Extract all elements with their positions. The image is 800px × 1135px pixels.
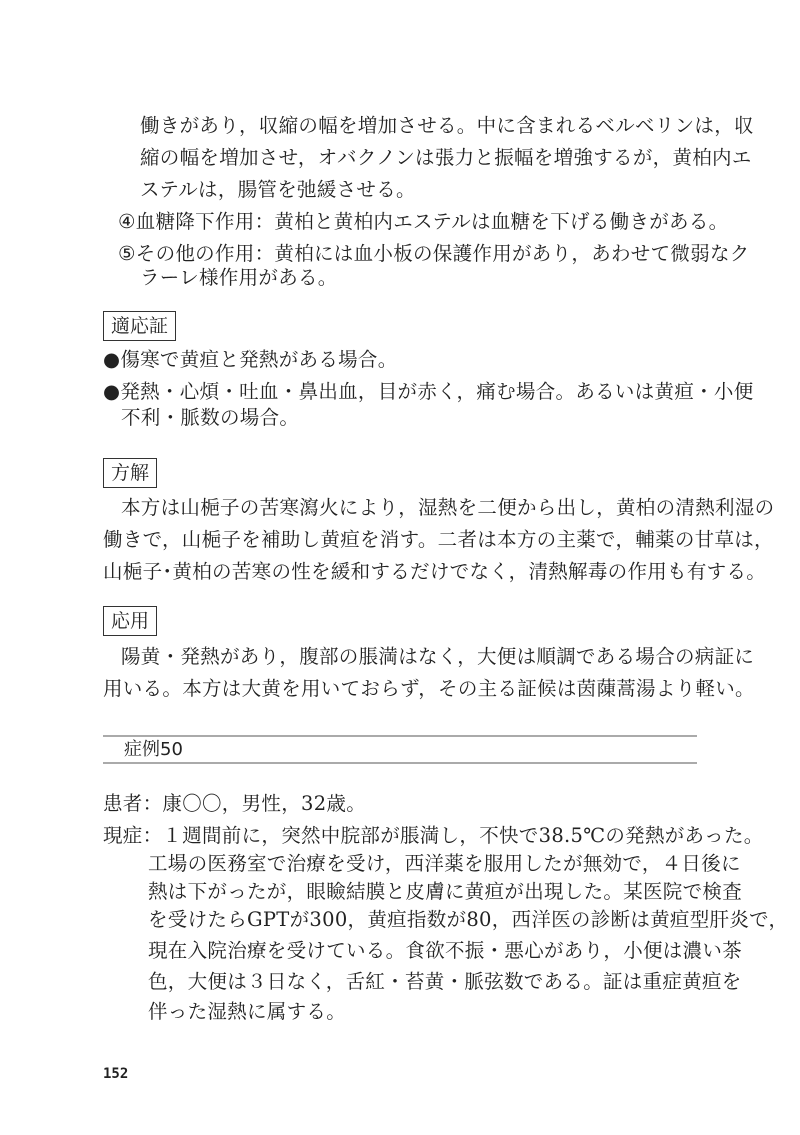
section-heading-application: 応用 [103, 606, 157, 636]
section-heading-indications: 適応証 [103, 311, 176, 341]
section-heading-formula: 方解 [103, 458, 157, 488]
formula-line: 働きで，山梔子を補助し黄疸を消す。二者は本方の主薬で，輔薬の甘草は， [103, 528, 774, 552]
page-number: 152 [103, 1066, 128, 1082]
effects-line: 働きがあり，収縮の幅を増加させる。中に含まれるベルベリンは，収 [140, 114, 754, 138]
formula-line: 山梔子･黄柏の苦寒の性を緩和するだけでなく，清熱解毒の作用も有する。 [103, 560, 766, 584]
symptoms-line: 現在入院治療を受けている。食欲不振・悪心があり，小便は濃い茶 [148, 939, 742, 963]
effect-item-text: 黄柏には血小板の保護作用があり，あわせて微弱なク [274, 242, 749, 265]
indication-bullet: ●発熱・心煩・吐血・鼻出血，目が赤く，痛む場合。あるいは黄疸・小便 [103, 380, 754, 404]
case-bottom-rule [103, 762, 697, 764]
symptoms-text: １週間前に，突然中脘部が脹満し，不快で38.5℃の発熱があった。 [162, 824, 763, 847]
indication-bullet: ●傷寒で黄疸と発熱がある場合。 [103, 348, 398, 372]
effect-item-label: ⑤その他の作用： [118, 242, 274, 265]
patient-label: 患者： [103, 792, 162, 815]
indication-bullet-cont: 不利・脈数の場合。 [121, 406, 299, 430]
application-line: 用いる。本方は大黄を用いておらず，その主る証候は茵蔯蒿湯より軽い。 [103, 677, 755, 701]
symptoms-line: 熱は下がったが，眼瞼結膜と皮膚に黄疸が出現した。某医院で検査 [148, 880, 742, 904]
effects-line: ステルは，腸管を弛緩させる。 [140, 178, 416, 202]
symptoms-line: を受けたらGPTが300，黄疸指数が80，西洋医の診断は黄疸型肝炎で， [148, 908, 788, 932]
case-top-rule [103, 735, 697, 737]
patient-text: 康〇〇，男性，32歳。 [162, 792, 366, 815]
effects-line: 縮の幅を増加させ，オバクノンは張力と振幅を増強するが，黄柏内エ [140, 146, 752, 170]
effect-item-label: ④血糖降下作用： [118, 210, 274, 233]
symptoms-line: 伴った湿熱に属する。 [148, 1000, 346, 1024]
effect-item-5: ⑤その他の作用：黄柏には血小板の保護作用があり，あわせて微弱なク [118, 242, 750, 266]
effect-item-4: ④血糖降下作用：黄柏と黄柏内エステルは血糖を下げる働きがある。 [118, 210, 728, 234]
book-page: 働きがあり，収縮の幅を増加させる。中に含まれるベルベリンは，収 縮の幅を増加させ… [0, 0, 800, 1135]
case-title: 症例50 [124, 739, 183, 761]
patient-line: 患者：康〇〇，男性，32歳。 [103, 792, 366, 816]
symptoms-line: 工場の医務室で治療を受け，西洋薬を服用したが無効で，４日後に [148, 852, 741, 876]
effect-item-text: 黄柏と黄柏内エステルは血糖を下げる働きがある。 [274, 210, 728, 233]
application-line: 陽黄・発熱があり，腹部の脹満はなく，大便は順調である場合の病証に [121, 645, 754, 669]
symptoms-label: 現症： [103, 824, 162, 847]
symptoms-line: 色，大便は３日なく，舌紅・苔黄・脈弦数である。証は重症黄疸を [148, 970, 742, 994]
symptoms-line: 現症：１週間前に，突然中脘部が脹満し，不快で38.5℃の発熱があった。 [103, 824, 764, 848]
effect-item-5-cont: ラーレ様作用がある。 [140, 266, 338, 290]
formula-line: 本方は山梔子の苦寒瀉火により，湿熱を二便から出し，黄柏の清熱利湿の [121, 496, 774, 520]
